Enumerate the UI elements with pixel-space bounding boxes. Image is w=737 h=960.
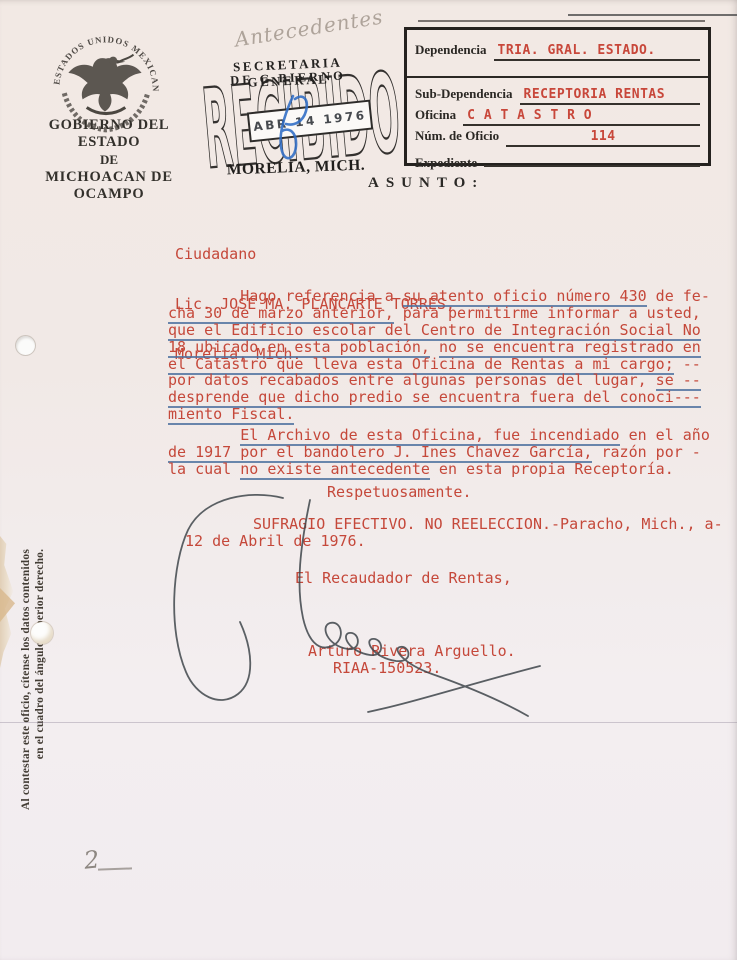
paper-crease-line xyxy=(0,722,737,723)
ref-box-double-rule xyxy=(418,20,705,22)
field-sub-dependencia: Sub-Dependencia RECEPTORIA RENTAS xyxy=(415,86,700,105)
body-paragraph-1: Hago referencia a su atento oficio númer… xyxy=(168,287,710,422)
field-value xyxy=(484,149,700,167)
gov-line-2: DE xyxy=(18,152,200,168)
reference-data-box: Dependencia TRIA. GRAL. ESTADO. Sub-Depe… xyxy=(404,27,711,166)
ref-box-separator xyxy=(407,76,708,78)
margin-note-line-2: en el cuadro del ángulo superior derecho… xyxy=(34,498,48,810)
closing-date: 12 de Abril de 1976. xyxy=(185,532,366,550)
gov-line-1: GOBIERNO DEL ESTADO xyxy=(18,117,200,151)
signer-id: RIAA-150523. xyxy=(333,659,441,677)
addressee-line: Ciudadano xyxy=(175,246,455,263)
gov-line-3: MICHOACAN DE OCAMPO xyxy=(18,169,200,203)
punch-hole xyxy=(16,336,35,355)
margin-note-line-1: Al contestar este oficio, cítense los da… xyxy=(20,498,34,810)
scan-edge-line xyxy=(568,14,737,16)
salutation: Respetuosamente. xyxy=(327,483,472,501)
field-label: Sub-Dependencia xyxy=(415,86,513,102)
field-label: Expediente xyxy=(415,155,477,171)
pencil-page-number-tail xyxy=(98,867,132,870)
field-label: Dependencia xyxy=(415,42,487,58)
field-value: C A T A S T R O xyxy=(463,108,700,126)
field-value: TRIA. GRAL. ESTADO. xyxy=(494,43,701,61)
field-label: Oficina xyxy=(415,107,456,123)
field-num-oficio: Núm. de Oficio 114 xyxy=(415,128,700,147)
letterhead-government-name: GOBIERNO DEL ESTADO DE MICHOACAN DE OCAM… xyxy=(18,117,200,203)
punch-hole xyxy=(31,622,53,644)
field-value: 114 xyxy=(506,129,700,147)
signer-title: El Recaudador de Rentas, xyxy=(295,569,512,587)
official-motto-line: SUFRAGIO EFECTIVO. NO REELECCION.-Parach… xyxy=(253,515,723,533)
field-expediente: Expediente xyxy=(415,149,700,171)
field-dependencia: Dependencia TRIA. GRAL. ESTADO. xyxy=(415,42,700,61)
scanned-letter-page: ESTADOS UNIDOS MEXICANOS GOBIERNO DEL ES… xyxy=(0,0,737,960)
field-label: Núm. de Oficio xyxy=(415,128,499,144)
signer-name: Arturo Rivera Arguello. xyxy=(308,642,516,660)
body-paragraph-2: El Archivo de esta Oficina, fue incendia… xyxy=(168,426,710,477)
pencil-annotation: Antecedentes xyxy=(233,4,385,51)
field-oficina: Oficina C A T A S T R O xyxy=(415,107,700,126)
margin-instruction-note: Al contestar este oficio, cítense los da… xyxy=(20,498,47,810)
subject-label: ASUNTO: xyxy=(368,175,484,192)
field-value: RECEPTORIA RENTAS xyxy=(520,87,700,105)
